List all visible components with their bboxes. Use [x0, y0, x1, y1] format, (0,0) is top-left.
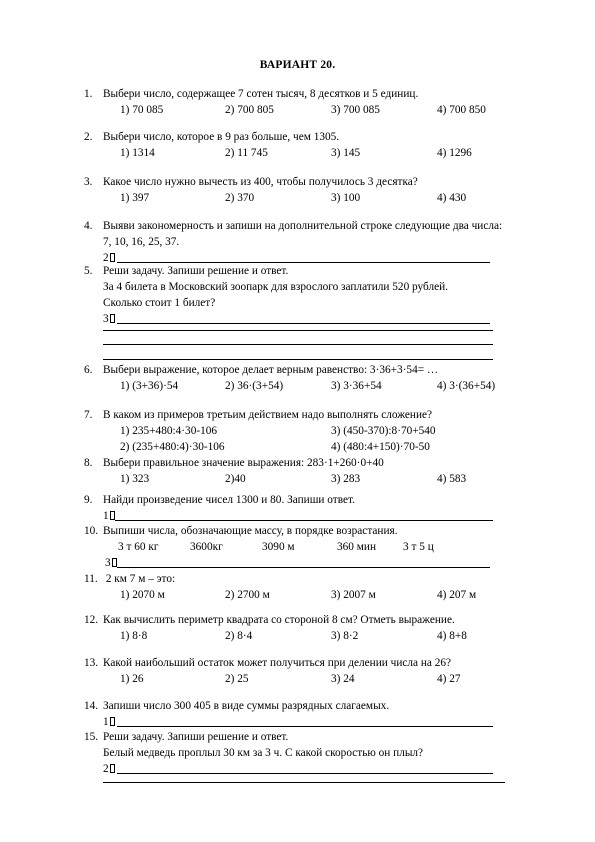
question-number: 1. — [84, 86, 103, 102]
mass-item: 3090 м — [262, 539, 295, 555]
option-3[interactable]: 3) 3·36+54 — [331, 378, 382, 394]
option-4[interactable]: 4) 583 — [437, 471, 466, 487]
answer-row: 3 — [84, 311, 544, 326]
option-1[interactable]: 1) 1314 — [120, 145, 155, 161]
option-4[interactable]: 4) 700 850 — [437, 102, 486, 118]
option-1[interactable]: 1) 8·8 — [120, 628, 147, 644]
option-4[interactable]: 4) 27 — [437, 671, 461, 687]
option-3[interactable]: 3) (450-370):8·70+540 — [331, 423, 436, 439]
question-14: 14.Запиши число 300 405 в виде суммы раз… — [84, 698, 544, 729]
question-text: Выпиши числа, обозначающие массу, в поря… — [103, 525, 398, 537]
answer-prefix: 3 — [103, 311, 109, 327]
option-1[interactable]: 1) 2070 м — [120, 587, 165, 603]
answer-line[interactable] — [117, 323, 490, 324]
question-13: 13.Какой наибольший остаток может получи… — [84, 655, 544, 687]
answer-prefix: 2 — [103, 761, 109, 777]
question-text: Какое число нужно вычесть из 400, чтобы … — [103, 176, 418, 188]
option-2[interactable]: 2) 2700 м — [225, 587, 270, 603]
option-1[interactable]: 1) 397 — [120, 190, 149, 206]
question-number: 8. — [84, 455, 103, 471]
mass-item: 3600кг — [190, 539, 223, 555]
question-number: 2. — [84, 129, 103, 145]
question-number: 5. — [84, 263, 103, 279]
option-2[interactable]: 2) 11 745 — [225, 145, 268, 161]
option-2[interactable]: 2) 36·(3+54) — [225, 378, 283, 394]
question-number: 3. — [84, 174, 103, 190]
problem-text: За 4 билета в Московский зоопарк для взр… — [84, 279, 544, 295]
answer-prefix: 3 — [105, 555, 111, 571]
answer-line[interactable] — [103, 782, 505, 783]
question-number: 12. — [84, 612, 103, 628]
question-number: 9. — [84, 492, 103, 508]
option-2[interactable]: 2) 700 805 — [225, 102, 274, 118]
answer-line[interactable] — [117, 567, 490, 568]
answer-row: 1 — [84, 508, 544, 523]
worksheet-page: ВАРИАНТ 20. 1.Выбери число, содержащее 7… — [0, 0, 595, 842]
question-15: 15.Реши задачу. Запиши решение и ответ. … — [84, 729, 544, 776]
question-text: Реши задачу. Запиши решение и ответ. — [103, 265, 288, 277]
question-number: 11. — [84, 571, 103, 587]
placeholder-box-icon — [110, 717, 115, 726]
answer-row: 2 — [84, 761, 544, 776]
question-11: 11. 2 км 7 м – это: 1) 2070 м 2) 2700 м … — [84, 571, 544, 603]
question-text: Выбери число, содержащее 7 сотен тысяч, … — [103, 88, 418, 100]
question-text: Выбери правильное значение выражения: 28… — [103, 457, 384, 469]
option-1[interactable]: 1) 323 — [120, 471, 149, 487]
problem-question: Сколько стоит 1 билет? — [84, 295, 544, 311]
question-number: 14. — [84, 698, 103, 714]
option-4[interactable]: 4) 1296 — [437, 145, 472, 161]
question-text: Как вычислить периметр квадрата со сторо… — [103, 614, 455, 626]
option-2[interactable]: 2)40 — [225, 471, 246, 487]
option-4[interactable]: 4) 8+8 — [437, 628, 467, 644]
answer-line[interactable] — [117, 773, 493, 774]
answer-line[interactable] — [103, 359, 493, 360]
option-3[interactable]: 3) 100 — [331, 190, 360, 206]
option-4[interactable]: 4) (480:4+150)·70-50 — [331, 439, 430, 455]
option-3[interactable]: 3) 145 — [331, 145, 360, 161]
placeholder-box-icon — [110, 314, 115, 323]
answer-row: 1 — [84, 714, 544, 729]
answer-line[interactable] — [115, 520, 493, 521]
answer-prefix: 1 — [103, 508, 109, 524]
question-text: Запиши число 300 405 в виде суммы разряд… — [103, 700, 389, 712]
question-4: 4.Выяви закономерность и запиши на допол… — [84, 218, 544, 265]
mass-item: 3 т 5 ц — [403, 539, 434, 555]
question-number: 13. — [84, 655, 103, 671]
mass-item: 3 т 60 кг — [118, 539, 158, 555]
option-3[interactable]: 3) 700 085 — [331, 102, 380, 118]
placeholder-box-icon — [110, 253, 115, 262]
question-text: Какой наибольший остаток может получитьс… — [103, 657, 451, 669]
answer-row: 3 — [84, 555, 544, 570]
question-text: Найди произведение чисел 1300 и 80. Запи… — [103, 494, 355, 506]
placeholder-box-icon — [110, 511, 115, 520]
question-3: 3.Какое число нужно вычесть из 400, чтоб… — [84, 174, 524, 206]
question-6: 6.Выбери выражение, которое делает верны… — [84, 362, 544, 394]
problem-text: Белый медведь проплыл 30 км за 3 ч. С ка… — [84, 745, 544, 761]
placeholder-box-icon — [112, 558, 117, 567]
option-4[interactable]: 4) 3·(36+54) — [437, 378, 495, 394]
option-2[interactable]: 2) 8·4 — [225, 628, 252, 644]
question-2: 2.Выбери число, которое в 9 раз больше, … — [84, 129, 524, 161]
question-12: 12.Как вычислить периметр квадрата со ст… — [84, 612, 544, 644]
question-number: 7. — [84, 407, 103, 423]
question-text: В каком из примеров третьим действием на… — [103, 409, 432, 421]
question-text: 2 км 7 м – это: — [103, 573, 175, 585]
option-1[interactable]: 1) 26 — [120, 671, 144, 687]
option-2[interactable]: 2) 370 — [225, 190, 254, 206]
question-9: 9.Найди произведение чисел 1300 и 80. За… — [84, 492, 544, 523]
answer-prefix: 1 — [103, 714, 109, 730]
question-8: 8.Выбери правильное значение выражения: … — [84, 455, 544, 487]
question-number: 4. — [84, 218, 103, 234]
option-1[interactable]: 1) 70 085 — [120, 102, 163, 118]
number-sequence: 7, 10, 16, 25, 37. — [84, 234, 544, 250]
option-1[interactable]: 1) (3+36)·54 — [120, 378, 178, 394]
option-4[interactable]: 4) 207 м — [437, 587, 476, 603]
question-number: 15. — [84, 729, 103, 745]
answer-line[interactable] — [103, 330, 493, 331]
option-1[interactable]: 1) 235+480:4·30-106 — [120, 423, 217, 439]
question-number: 6. — [84, 362, 103, 378]
question-7: 7.В каком из примеров третьим действием … — [84, 407, 544, 455]
mass-item: 360 мин — [337, 539, 376, 555]
option-3[interactable]: 3) 283 — [331, 471, 360, 487]
page-title: ВАРИАНТ 20. — [0, 59, 595, 71]
answer-line[interactable] — [117, 726, 493, 727]
question-text: Выбери число, которое в 9 раз больше, че… — [103, 131, 339, 143]
option-2[interactable]: 2) 25 — [225, 671, 249, 687]
question-1: 1.Выбери число, содержащее 7 сотен тысяч… — [84, 86, 524, 118]
option-2[interactable]: 2) (235+480:4)·30-106 — [120, 439, 225, 455]
question-number: 10. — [84, 523, 103, 539]
question-text: Выяви закономерность и запиши на дополни… — [103, 220, 502, 232]
answer-line[interactable] — [103, 344, 493, 345]
placeholder-box-icon — [110, 764, 115, 773]
question-text: Реши задачу. Запиши решение и ответ. — [103, 731, 288, 743]
question-5: 5.Реши задачу. Запиши решение и ответ. З… — [84, 263, 544, 326]
question-10: 10.Выпиши числа, обозначающие массу, в п… — [84, 523, 544, 570]
option-3[interactable]: 3) 24 — [331, 671, 355, 687]
option-3[interactable]: 3) 8·2 — [331, 628, 358, 644]
option-3[interactable]: 3) 2007 м — [331, 587, 376, 603]
option-4[interactable]: 4) 430 — [437, 190, 466, 206]
question-text: Выбери выражение, которое делает верным … — [103, 364, 438, 376]
